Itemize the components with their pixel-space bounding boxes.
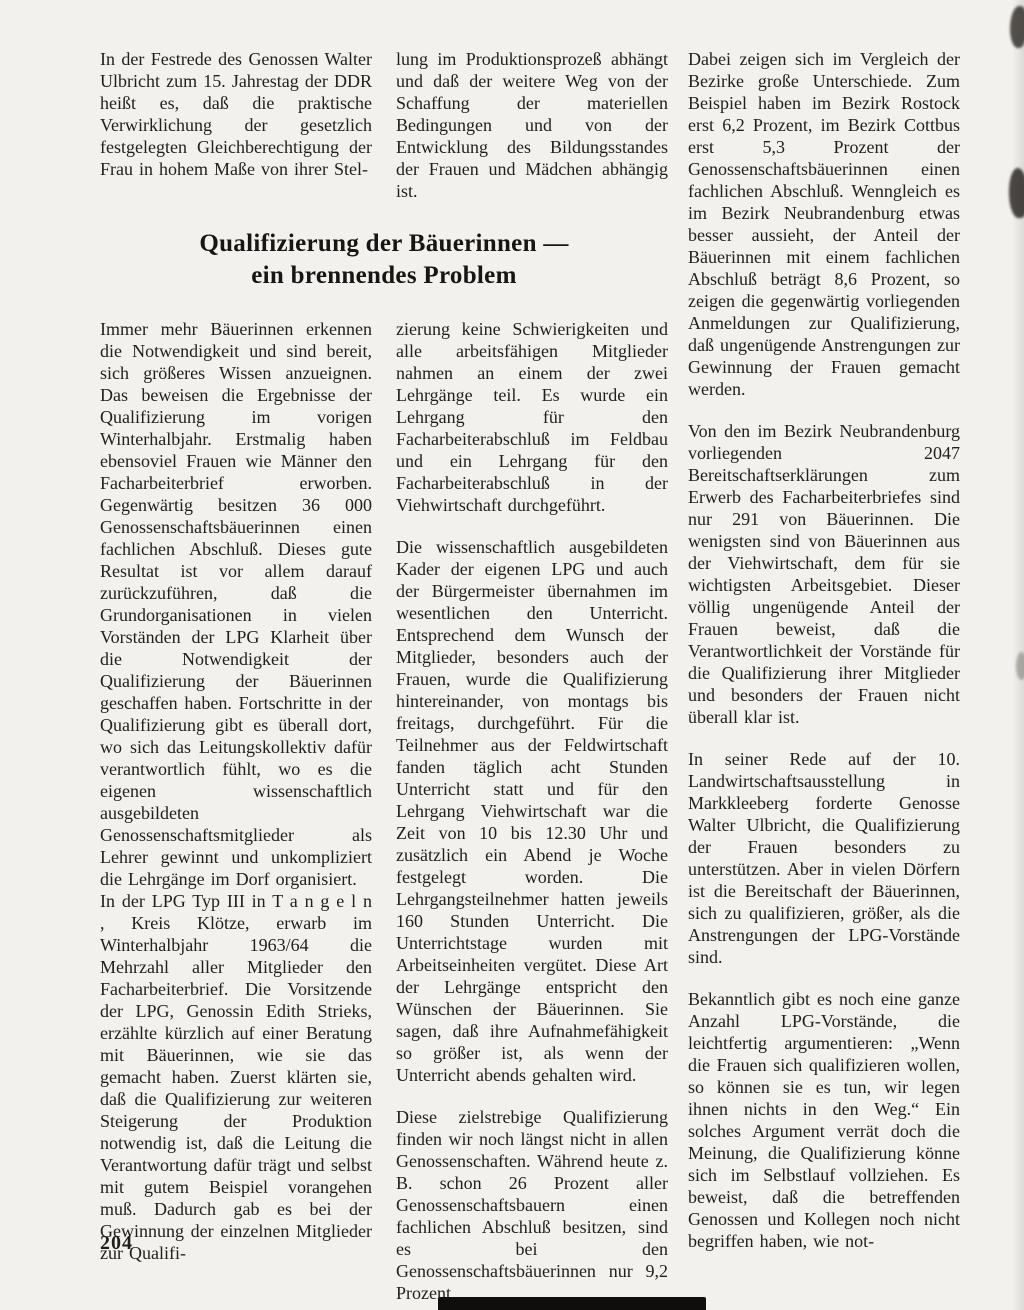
article-title-line-2: ein brennendes Problem: [251, 262, 516, 289]
scanned-journal-page: In der Festrede des Genossen Walter Ulbr…: [0, 0, 1024, 1310]
article-title-line-1: Qualifizierung der Bäuerinnen —: [199, 230, 568, 257]
intro-row: In der Festrede des Genossen Walter Ulbr…: [100, 48, 668, 202]
paragraph: zierung keine Schwierigkeiten und alle a…: [396, 318, 668, 516]
article-title: Qualifizierung der Bäuerinnen — ein bren…: [100, 228, 668, 292]
scan-artifact: [1010, 6, 1024, 48]
paragraph: Immer mehr Bäuerinnen erkennen die Notwe…: [100, 318, 372, 890]
paragraph: Diese zielstrebige Qualifizierung finden…: [396, 1106, 668, 1304]
intro-column-1: In der Festrede des Genossen Walter Ulbr…: [100, 48, 372, 202]
paragraph: Die wissenschaftlich ausgebildeten Kader…: [396, 536, 668, 1086]
paragraph: Von den im Bezirk Neubrandenburg vorlieg…: [688, 420, 960, 728]
paragraph: In seiner Rede auf der 10. Landwirtschaf…: [688, 748, 960, 968]
scan-artifact: [1016, 652, 1024, 680]
paragraph: Dabei zeigen sich im Vergleich der Bezir…: [688, 48, 960, 400]
column-3: Dabei zeigen sich im Vergleich der Bezir…: [688, 48, 960, 1252]
body-row: Immer mehr Bäuerinnen erkennen die Notwe…: [100, 318, 668, 1304]
scan-artifact-bottom-bar: [438, 1297, 706, 1310]
left-text-region: In der Festrede des Genossen Walter Ulbr…: [100, 48, 668, 1304]
scan-artifact: [1009, 168, 1024, 218]
intro-column-2: lung im Produktionsprozeß abhängt und da…: [396, 48, 668, 202]
paragraph: In der LPG Typ III in T a n g e l n , Kr…: [100, 890, 372, 1264]
column-2: zierung keine Schwierigkeiten und alle a…: [396, 318, 668, 1304]
page-number: 204: [100, 1232, 133, 1255]
paragraph: Bekanntlich gibt es noch eine ganze Anza…: [688, 988, 960, 1252]
column-1: Immer mehr Bäuerinnen erkennen die Notwe…: [100, 318, 372, 1304]
